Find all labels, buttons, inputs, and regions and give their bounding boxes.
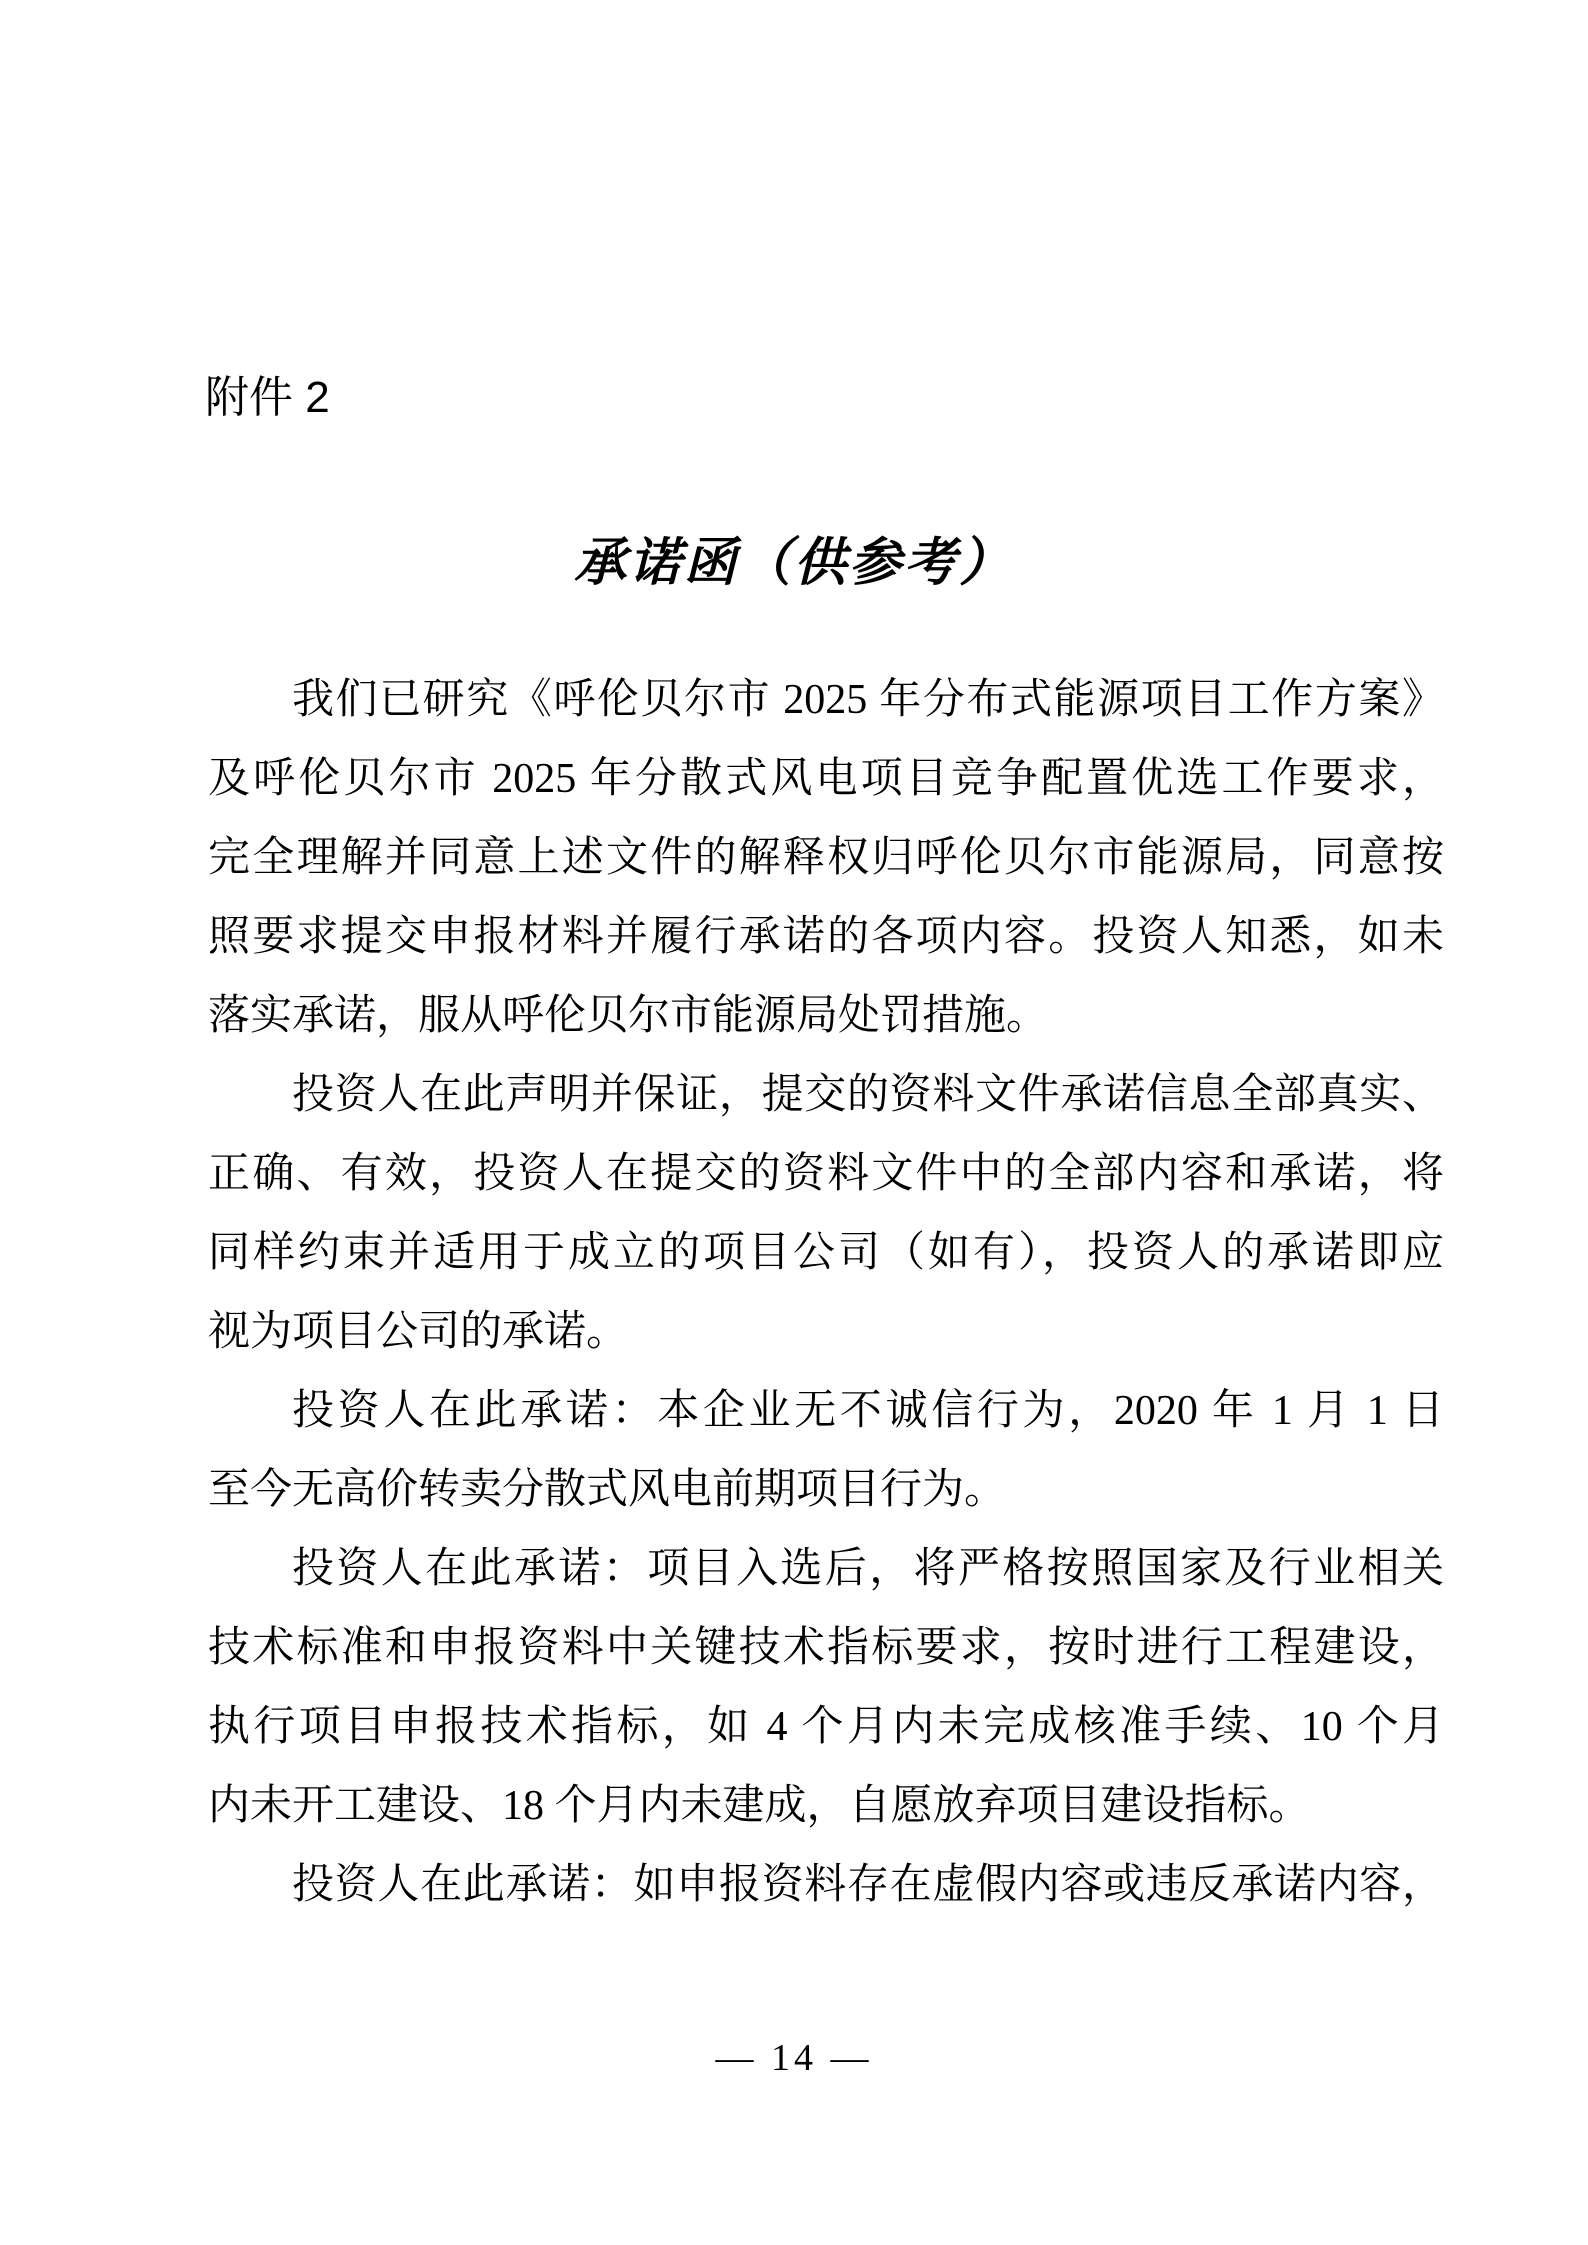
- body-line: 技术标准和申报资料中关键技术指标要求，按时进行工程建设，: [208, 1609, 1444, 1688]
- body-line: 执行项目申报技术指标，如 4 个月内未完成核准手续、10 个月: [208, 1688, 1444, 1767]
- body-line: 投资人在此声明并保证，提交的资料文件承诺信息全部真实、: [208, 1056, 1444, 1135]
- body-line: 至今无高价转卖分散式风电前期项目行为。: [208, 1451, 1444, 1530]
- body-line: 落实承诺，服从呼伦贝尔市能源局处罚措施。: [208, 977, 1444, 1056]
- attachment-label: 附件 2: [205, 374, 330, 422]
- document-body: 我们已研究《呼伦贝尔市 2025 年分布式能源项目工作方案》及呼伦贝尔市 202…: [208, 661, 1444, 1925]
- body-line: 正确、有效，投资人在提交的资料文件中的全部内容和承诺，将: [208, 1135, 1444, 1214]
- body-line: 完全理解并同意上述文件的解释权归呼伦贝尔市能源局，同意按: [208, 819, 1444, 898]
- body-line: 内未开工建设、18 个月内未建成，自愿放弃项目建设指标。: [208, 1767, 1444, 1846]
- body-line: 投资人在此承诺：如申报资料存在虚假内容或违反承诺内容，: [208, 1846, 1444, 1925]
- document-page: 附件 2 承诺函（供参考） 我们已研究《呼伦贝尔市 2025 年分布式能源项目工…: [0, 0, 1588, 2245]
- body-line: 投资人在此承诺：本企业无不诚信行为，2020 年 1 月 1 日: [208, 1372, 1444, 1451]
- body-line: 投资人在此承诺：项目入选后，将严格按照国家及行业相关: [208, 1530, 1444, 1609]
- body-line: 同样约束并适用于成立的项目公司（如有），投资人的承诺即应: [208, 1214, 1444, 1293]
- body-line: 及呼伦贝尔市 2025 年分散式风电项目竞争配置优选工作要求，: [208, 740, 1444, 819]
- document-title: 承诺函（供参考）: [0, 520, 1588, 595]
- body-line: 视为项目公司的承诺。: [208, 1293, 1444, 1372]
- body-line: 照要求提交申报材料并履行承诺的各项内容。投资人知悉，如未: [208, 898, 1444, 977]
- body-line: 我们已研究《呼伦贝尔市 2025 年分布式能源项目工作方案》: [208, 661, 1444, 740]
- page-number: — 14 —: [0, 2036, 1588, 2080]
